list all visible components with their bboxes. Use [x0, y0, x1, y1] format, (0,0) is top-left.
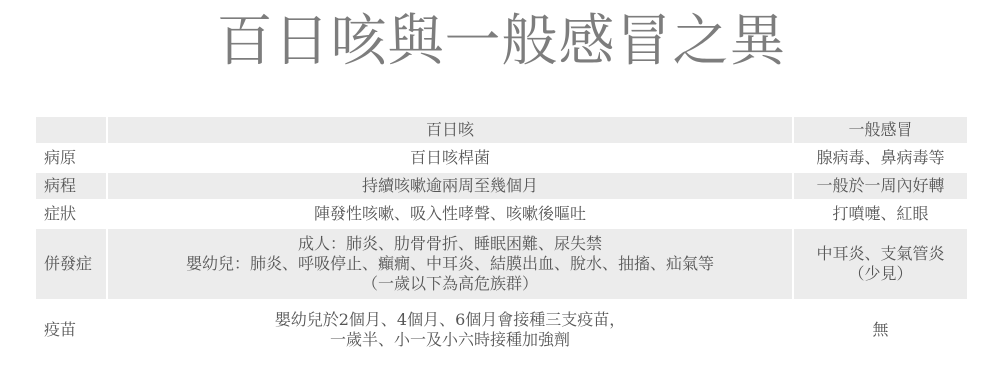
pertussis-cell: 持續咳嗽逾兩周至幾個月	[108, 173, 792, 199]
cold-cell: 腺病毒、鼻病毒等	[794, 145, 967, 171]
row-label: 疫苗	[36, 301, 106, 359]
cell-line: 持續咳嗽逾兩周至幾個月	[112, 176, 788, 196]
page: 百日咳與一般感冒之異 百日咳 一般感冒 病原 百日咳桿菌 腺病毒、鼻病毒等	[0, 8, 1003, 372]
header-cell-empty	[36, 117, 106, 143]
cell-line: 百日咳桿菌	[112, 148, 788, 168]
table-header-row: 百日咳 一般感冒	[36, 117, 967, 143]
pertussis-cell: 嬰幼兒於2個月、4個月、6個月會接種三支疫苗， 一歲半、小一及小六時接種加強劑	[108, 301, 792, 359]
cell-line: 一般於一周內好轉	[798, 176, 963, 196]
cold-cell: 打噴嚏、紅眼	[794, 201, 967, 227]
cold-cell: 一般於一周內好轉	[794, 173, 967, 199]
cell-line: 中耳炎、支氣管炎	[798, 244, 963, 264]
row-label: 症狀	[36, 201, 106, 227]
page-title: 百日咳與一般感冒之異	[0, 8, 1003, 75]
row-label: 病原	[36, 145, 106, 171]
cell-line: 一歲半、小一及小六時接種加強劑	[112, 330, 788, 350]
pertussis-cell: 百日咳桿菌	[108, 145, 792, 171]
cell-line: （一歲以下為高危族群）	[112, 274, 788, 294]
cell-line: 腺病毒、鼻病毒等	[798, 148, 963, 168]
header-cell-common-cold: 一般感冒	[794, 117, 967, 143]
pertussis-cell: 陣發性咳嗽、吸入性哮聲、咳嗽後嘔吐	[108, 201, 792, 227]
cell-line: 無	[798, 320, 963, 340]
cell-line: 成人：肺炎、肋骨骨折、睡眠困難、尿失禁	[112, 234, 788, 254]
table-row-pathogen: 病原 百日咳桿菌 腺病毒、鼻病毒等	[36, 145, 967, 171]
cell-line: （少見）	[798, 264, 963, 284]
cell-line: 陣發性咳嗽、吸入性哮聲、咳嗽後嘔吐	[112, 204, 788, 224]
table-row-vaccine: 疫苗 嬰幼兒於2個月、4個月、6個月會接種三支疫苗， 一歲半、小一及小六時接種加…	[36, 301, 967, 359]
cold-cell: 無	[794, 301, 967, 359]
cold-cell: 中耳炎、支氣管炎 （少見）	[794, 229, 967, 299]
header-cell-pertussis: 百日咳	[108, 117, 792, 143]
pertussis-cell: 成人：肺炎、肋骨骨折、睡眠困難、尿失禁 嬰幼兒：肺炎、呼吸停止、癲癇、中耳炎、結…	[108, 229, 792, 299]
table-row-complications: 併發症 成人：肺炎、肋骨骨折、睡眠困難、尿失禁 嬰幼兒：肺炎、呼吸停止、癲癇、中…	[36, 229, 967, 299]
row-label: 病程	[36, 173, 106, 199]
row-label: 併發症	[36, 229, 106, 299]
cell-line: 打噴嚏、紅眼	[798, 204, 963, 224]
comparison-table: 百日咳 一般感冒 病原 百日咳桿菌 腺病毒、鼻病毒等 病程 持續咳嗽逾兩周至幾個…	[34, 115, 969, 361]
table-row-course: 病程 持續咳嗽逾兩周至幾個月 一般於一周內好轉	[36, 173, 967, 199]
cell-line: 嬰幼兒：肺炎、呼吸停止、癲癇、中耳炎、結膜出血、脫水、抽搐、疝氣等	[112, 254, 788, 274]
cell-line: 嬰幼兒於2個月、4個月、6個月會接種三支疫苗，	[112, 310, 788, 330]
table-row-symptoms: 症狀 陣發性咳嗽、吸入性哮聲、咳嗽後嘔吐 打噴嚏、紅眼	[36, 201, 967, 227]
